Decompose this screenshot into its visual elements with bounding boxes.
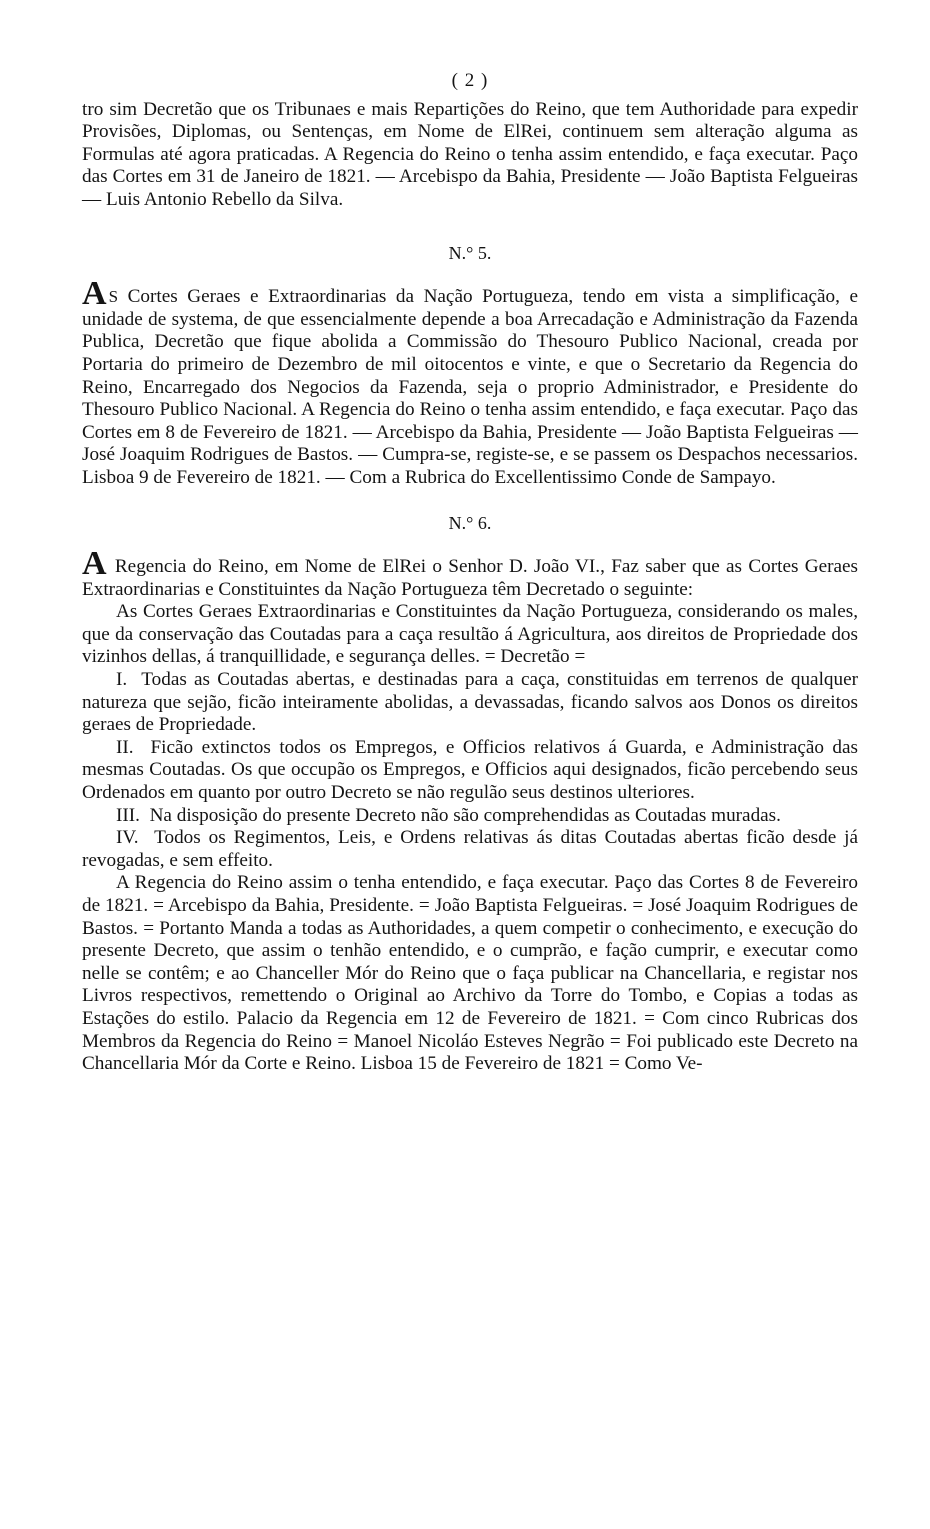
article-text: Todos os Regimentos, Leis, e Ordens rela… <box>82 827 858 871</box>
article-text: Ficão extinctos todos os Empregos, e Off… <box>82 737 858 803</box>
section-heading-5: N.° 5. <box>82 242 858 265</box>
decree-5-paragraph: AS Cortes Geraes e Extraordinarias da Na… <box>82 284 858 489</box>
article-text: Todas as Coutadas abertas, e destinadas … <box>82 669 858 735</box>
intro-paragraph: tro sim Decretão que os Tribunaes e mais… <box>82 99 858 212</box>
drop-cap-rest: S <box>109 287 118 306</box>
article-number: II. <box>116 737 134 758</box>
decree-5-text: Cortes Geraes e Extraordinarias da Nação… <box>82 286 858 488</box>
section-heading-6: N.° 6. <box>82 512 858 535</box>
decree-6-opening: A Regencia do Reino, em Nome de ElRei o … <box>82 554 858 601</box>
article-3: III. Na disposição do presente Decreto n… <box>82 805 858 828</box>
article-2: II. Ficão extinctos todos os Empregos, e… <box>82 737 858 805</box>
drop-cap: A <box>82 275 107 312</box>
article-4: IV. Todos os Regimentos, Leis, e Ordens … <box>82 827 858 872</box>
article-number: IV. <box>116 827 139 848</box>
decree-6-preamble: As Cortes Geraes Extraordinarias e Const… <box>82 601 858 669</box>
drop-cap: A <box>82 545 107 582</box>
article-number: III. <box>116 805 140 826</box>
decree-6-closing: A Regencia do Reino assim o tenha entend… <box>82 872 858 1075</box>
decree-6-opening-text: Regencia do Reino, em Nome de ElRei o Se… <box>82 556 858 600</box>
article-text: Na disposição do presente Decreto não sã… <box>150 805 781 826</box>
page-number: ( 2 ) <box>82 70 858 93</box>
document-page: ( 2 ) tro sim Decretão que os Tribunaes … <box>82 70 858 1076</box>
article-number: I. <box>116 669 127 690</box>
article-1: I. Todas as Coutadas abertas, e destinad… <box>82 669 858 737</box>
